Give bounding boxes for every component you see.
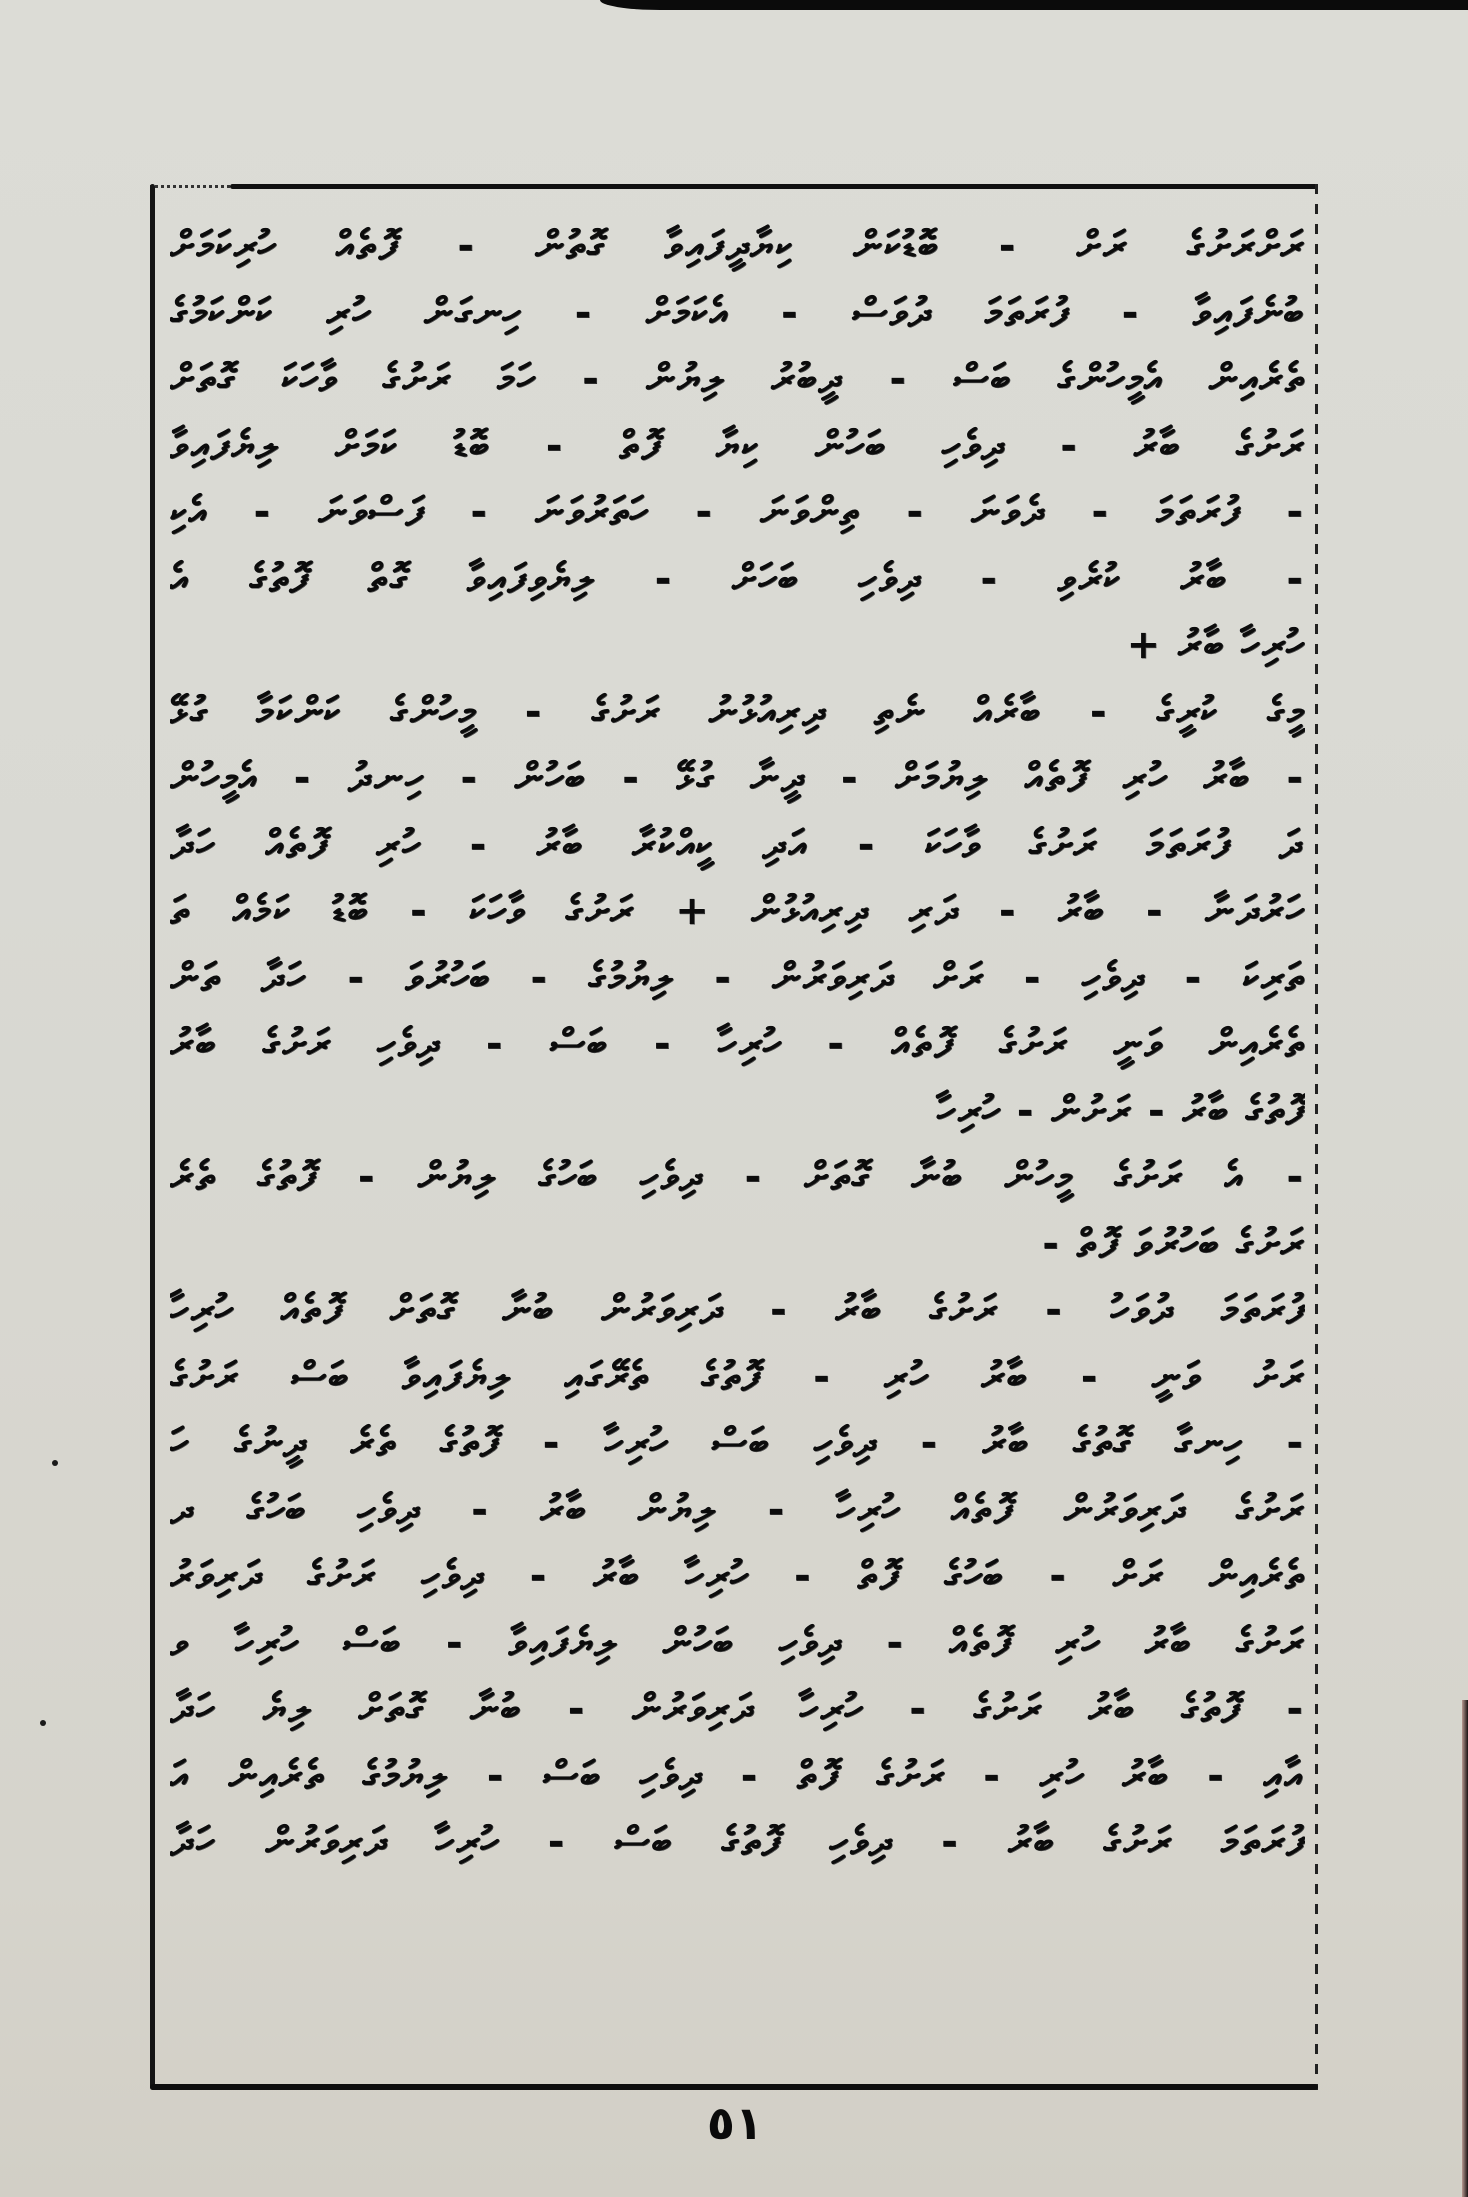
manuscript-line: މީގެ ކުރީގެ - ބާރެއް ނެތި ދިރިއުޅުނު ރަށ… (170, 681, 1305, 748)
frame-top-border (230, 184, 1318, 189)
frame-left-border (150, 184, 155, 2090)
frame-right-border (1315, 184, 1318, 2090)
frame-top-dotted-segment (150, 185, 230, 191)
margin-ink-dot (40, 1720, 46, 1726)
manuscript-text-block: ރަށްރަށުގެ ރަށް - ބޮޑުކަން ކިޔާދީފައިވާ … (170, 215, 1305, 1878)
manuscript-line: ތަރިކަ - ދިވެހި - ރަށް ދަރިވަރުން - ލިޔު… (170, 947, 1305, 1014)
manuscript-line: ފުރަތަމަ ރަށުގެ ބާރު - ދިވެހި ފޮތުގެ ބަސ… (170, 1811, 1305, 1878)
manuscript-line: ރަށުގެ ބަހުރުވަ ފޮތް - (896, 1213, 1305, 1280)
manuscript-line: ރަށުގެ ބާރު ހުރި ފޮތެއް - ދިވެހި ބަހުން … (170, 1612, 1305, 1679)
manuscript-line: ދަ ފުރަތަމަ ރަށުގެ ވާހަކަ - އަދި ކީއްކުރ… (170, 814, 1305, 881)
manuscript-line: - އެ ރަށުގެ މީހުން ބުނާ ގޮތަށް - ދިވެހި … (170, 1146, 1305, 1213)
manuscript-line: ފުރަތަމަ ދުވަހު - ރަށުގެ ބާރު - ދަރިވަރު… (170, 1279, 1305, 1346)
frame-bottom-border (150, 2084, 1318, 2090)
manuscript-line: އާއި - ބާރު ހުރި - ރަށުގެ ފޮތް - ދިވެހި … (170, 1745, 1305, 1812)
manuscript-page: ރަށްރަށުގެ ރަށް - ބޮޑުކަން ކިޔާދީފައިވާ … (0, 0, 1468, 2197)
manuscript-line: ތެރެއިން ރަށް - ބަހުގެ ފޮތް - ހުރިހާ ބާރ… (170, 1545, 1305, 1612)
manuscript-line: ރަށު ވަނީ - ބާރު ހުރި - ފޮތުގެ ތެރޭގައި … (170, 1346, 1305, 1413)
manuscript-line: - ހިނގާ ގޮތުގެ ބާރު - ދިވެހި ބަސް ހުރިހާ… (170, 1412, 1305, 1479)
manuscript-line: ހުރިހާ ބާރު + (1123, 614, 1305, 681)
manuscript-line: ރަށުގެ ދަރިވަރުން ފޮތެއް ހުރިހާ - ލިޔުން… (170, 1479, 1305, 1546)
manuscript-line: - ބާރު ހުރި ފޮތެއް ލިޔުމަށް - ދީނާ ގުޅޭ … (170, 747, 1305, 814)
scan-shadow-top (600, 0, 1468, 10)
manuscript-line: ފޮތުގެ ބާރު - ރަށުން - ހުރިހާ (737, 1080, 1305, 1147)
manuscript-line: - ބާރު ކުރެވި - ދިވެހި ބަހަށް - ލިޔެވިފަ… (170, 548, 1305, 615)
manuscript-line: - ފޮތުގެ ބާރު ރަށުގެ - ހުރިހާ ދަރިވަރުން… (170, 1678, 1305, 1745)
manuscript-line: ތެރެއިން އެމީހުންގެ ބަސް - ދީބުރު ލިޔުން… (170, 348, 1305, 415)
scan-edge-right (1462, 1700, 1468, 2197)
manuscript-line: ރަށްރަށުގެ ރަށް - ބޮޑުކަން ކިޔާދީފައިވާ … (170, 215, 1305, 282)
manuscript-line: ހަރުދަނާ - ބާރު - ދަރި ދިރިއުޅުން + ރަށު… (170, 880, 1305, 947)
manuscript-line: - ފުރަތަމަ - ދެވަނަ - ތިންވަނަ - ހަތަރުވ… (170, 481, 1305, 548)
manuscript-line: ތެރެއިން ވަނީ ރަށުގެ ފޮތެއް - ހުރިހާ - ބ… (170, 1013, 1305, 1080)
manuscript-line: ރަށުގެ ބާރު - ދިވެހި ބަހުން ކިޔާ ފޮތް - … (170, 415, 1305, 482)
page-number: ٥١ (680, 2096, 790, 2150)
margin-ink-dot (52, 1460, 58, 1466)
manuscript-line: ބުނެފައިވާ - ފުރަތަމަ ދުވަސް - އެކަމަށް … (170, 282, 1305, 349)
